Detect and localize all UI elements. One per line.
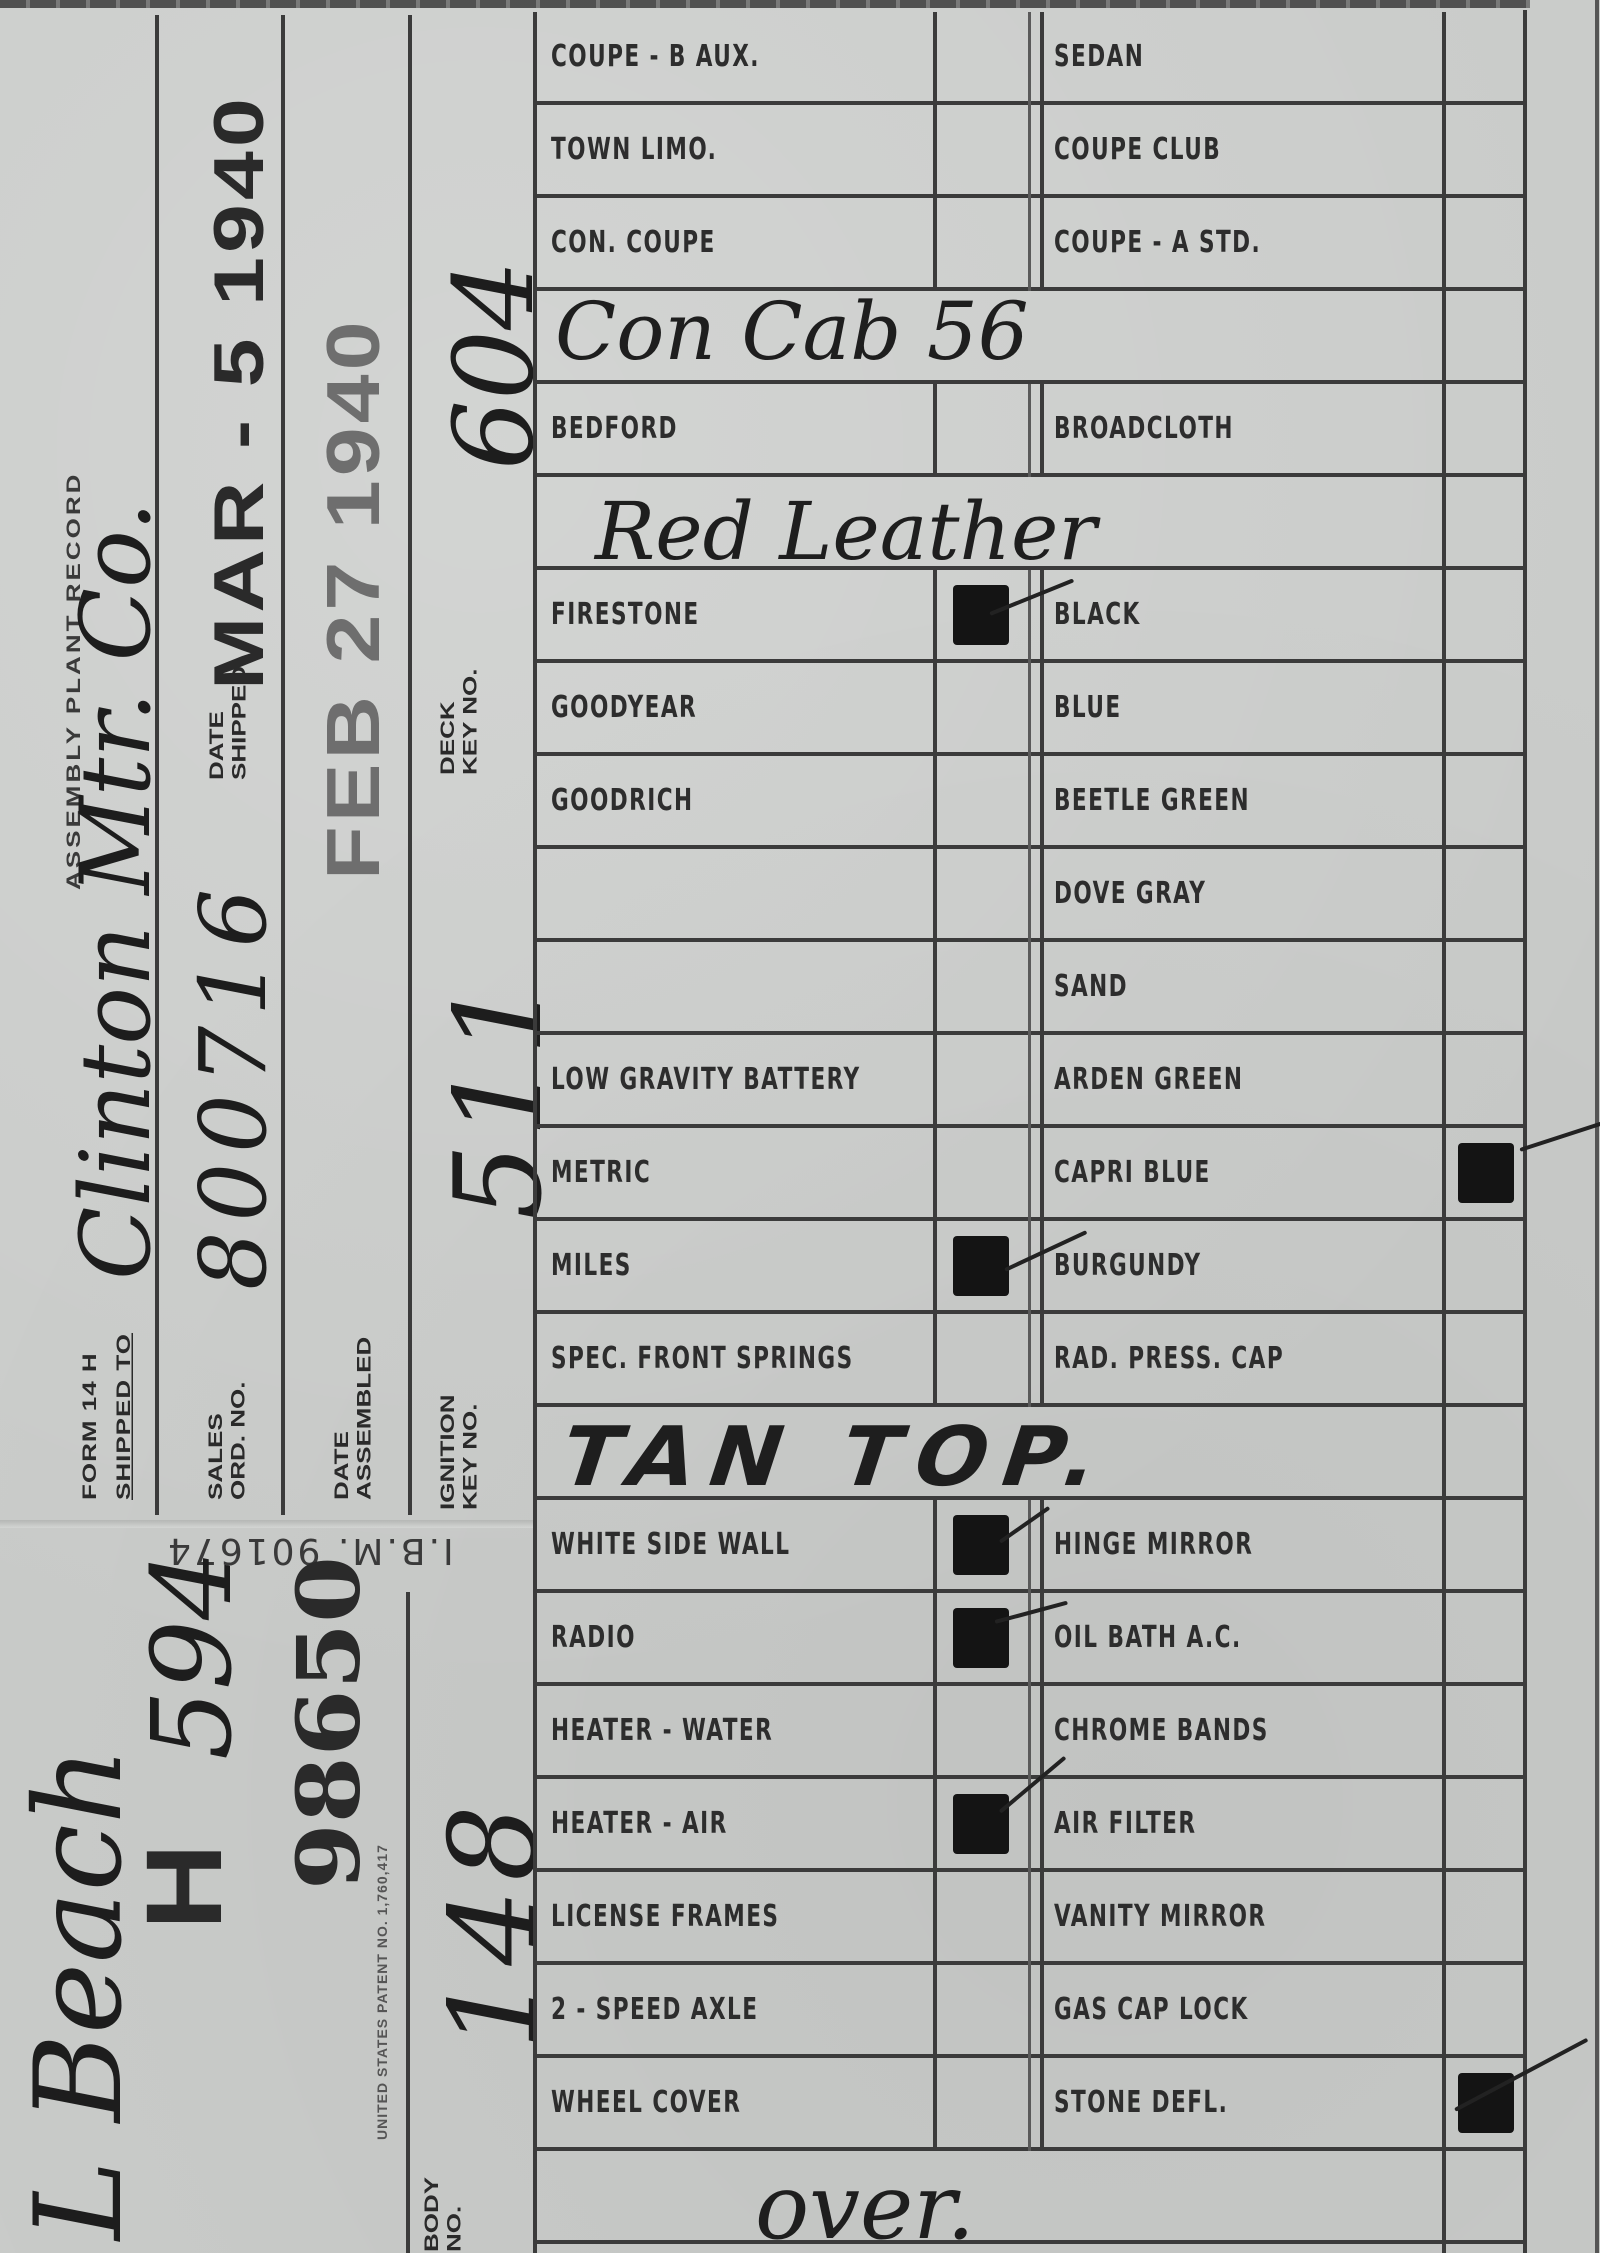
ignition-key-label-line2: KEY NO. <box>459 1394 482 1510</box>
column-rule <box>1028 663 1031 756</box>
option-right[interactable]: VANITY MIRROR <box>1040 1872 1445 1961</box>
date-assembled-value: FEB 27 1940 <box>310 317 397 880</box>
checkbox-right[interactable] <box>1445 12 1527 101</box>
column-rule <box>933 1965 937 2058</box>
option-left-label: WHITE SIDE WALL <box>551 1527 790 1562</box>
option-left-label: MILES <box>551 1248 632 1283</box>
checkbox-left[interactable] <box>933 942 1028 1031</box>
checkbox-left[interactable] <box>933 12 1028 101</box>
table-row: SPEC. FRONT SPRINGSRAD. PRESS. CAP <box>535 1314 1527 1407</box>
option-right[interactable]: COUPE CLUB <box>1040 105 1445 194</box>
option-right[interactable]: BEETLE GREEN <box>1040 756 1445 845</box>
option-left[interactable]: HEATER - WATER <box>535 1686 933 1775</box>
table-row: MILESBURGUNDY <box>535 1221 1527 1314</box>
body-no-label: BODY NO. <box>420 2177 465 2252</box>
option-right[interactable]: STONE DEFL. <box>1040 2058 1445 2147</box>
table-row: HEATER - WATERCHROME BANDS <box>535 1686 1527 1779</box>
table-row: GOODRICHBEETLE GREEN <box>535 756 1527 849</box>
column-rule <box>933 1686 937 1779</box>
column-rule <box>1028 942 1031 1035</box>
checkbox-left[interactable] <box>933 2058 1028 2147</box>
option-left-label: CON. COUPE <box>551 225 716 260</box>
option-left-label: SPEC. FRONT SPRINGS <box>551 1341 854 1376</box>
checkbox-right[interactable] <box>1445 1872 1527 1961</box>
column-rule <box>933 384 937 477</box>
option-right-label: HINGE MIRROR <box>1054 1527 1253 1562</box>
option-left-label: METRIC <box>551 1155 651 1190</box>
option-left[interactable]: SPEC. FRONT SPRINGS <box>535 1314 933 1403</box>
checkbox-right[interactable] <box>1445 1593 1527 1682</box>
table-row: RADIOOIL BATH A.C. <box>535 1593 1527 1686</box>
checkbox-left[interactable] <box>933 384 1028 473</box>
checkbox-right[interactable] <box>1445 849 1527 938</box>
checkbox-left[interactable] <box>933 849 1028 938</box>
date-assembled-label-line1: DATE <box>330 1337 353 1500</box>
checkbox-left[interactable] <box>933 1872 1028 1961</box>
column-rule <box>1040 942 1044 1035</box>
body-no-label-line2: NO. <box>443 2177 466 2252</box>
table-row: FIRESTONEBLACK <box>535 570 1527 663</box>
column-rule <box>408 15 412 1515</box>
table-row: WHEEL COVERSTONE DEFL. <box>535 2058 1527 2151</box>
checkbox-left[interactable] <box>933 1128 1028 1217</box>
column-rule <box>1040 756 1044 849</box>
option-left-label: 2 - SPEED AXLE <box>551 1992 758 2027</box>
column-rule <box>933 1128 937 1221</box>
checkbox-left[interactable] <box>933 1779 1028 1868</box>
table-row: DOVE GRAY <box>535 849 1527 942</box>
option-left[interactable]: COUPE - B AUX. <box>535 12 933 101</box>
option-left[interactable]: BEDFORD <box>535 384 933 473</box>
option-right-label: CHROME BANDS <box>1054 1713 1269 1748</box>
table-row: TOWN LIMO.COUPE CLUB <box>535 105 1527 198</box>
fold-line <box>0 1520 535 1528</box>
column-rule <box>1028 849 1031 942</box>
checkbox-right[interactable] <box>1445 198 1527 287</box>
checkbox-right[interactable] <box>1445 1686 1527 1775</box>
handwritten-text: over. <box>755 2171 975 2245</box>
handwritten-note: Red Leather <box>535 477 1527 566</box>
checkbox-right[interactable] <box>1445 756 1527 845</box>
column-rule <box>933 12 937 105</box>
option-left-label: COUPE - B AUX. <box>551 39 760 74</box>
option-right[interactable]: ARDEN GREEN <box>1040 1035 1445 1124</box>
form-number-label: FORM 14 H <box>78 1352 101 1500</box>
option-right[interactable]: BLUE <box>1040 663 1445 752</box>
column-rule <box>1028 1686 1031 1779</box>
shipped-to-label: SHIPPED TO <box>112 1333 135 1500</box>
option-left[interactable]: METRIC <box>535 1128 933 1217</box>
checkbox-left[interactable] <box>933 1314 1028 1403</box>
option-right-label: BURGUNDY <box>1054 1248 1202 1283</box>
checkbox-right[interactable] <box>1445 1035 1527 1124</box>
option-left-label: BEDFORD <box>551 411 678 446</box>
check-mark-icon <box>953 1236 1009 1296</box>
stub-handwritten-name: L Beach <box>10 1747 149 2240</box>
checkbox-right[interactable] <box>1445 1500 1527 1589</box>
handwritten-text: Con Cab 56 <box>555 295 1029 369</box>
column-rule <box>933 570 937 663</box>
sales-order-label: SALES ORD. NO. <box>204 1382 249 1500</box>
option-left-label: WHEEL COVER <box>551 2085 741 2120</box>
column-rule <box>1028 1221 1031 1314</box>
option-right[interactable]: GAS CAP LOCK <box>1040 1965 1445 2054</box>
option-right-label: BROADCLOTH <box>1054 411 1234 446</box>
column-rule <box>1040 1221 1044 1314</box>
table-row: LICENSE FRAMESVANITY MIRROR <box>535 1872 1527 1965</box>
checkbox-right[interactable] <box>1445 570 1527 659</box>
check-mark-icon <box>1458 1143 1514 1203</box>
checkbox-left[interactable] <box>933 1593 1028 1682</box>
column-rule <box>933 1593 937 1686</box>
table-row: SAND <box>535 942 1527 1035</box>
check-mark-icon <box>953 585 1009 645</box>
checkbox-right[interactable] <box>1445 1965 1527 2054</box>
column-rule <box>1028 1593 1031 1686</box>
option-right[interactable]: RAD. PRESS. CAP <box>1040 1314 1445 1403</box>
column-rule <box>933 2058 937 2151</box>
option-left-label: RADIO <box>551 1620 636 1655</box>
column-rule <box>1028 12 1031 105</box>
column-rule <box>406 1592 410 2253</box>
option-right[interactable]: COUPE - A STD. <box>1040 198 1445 287</box>
checkbox-right[interactable] <box>1445 1221 1527 1310</box>
checkbox-right[interactable] <box>1445 105 1527 194</box>
option-right[interactable]: BLACK <box>1040 570 1445 659</box>
column-rule <box>933 1221 937 1314</box>
option-left[interactable]: FIRESTONE <box>535 570 933 659</box>
option-right-label: RAD. PRESS. CAP <box>1054 1341 1284 1376</box>
column-rule <box>1028 1872 1031 1965</box>
table-row: Red Leather <box>535 477 1527 570</box>
ignition-key-label-line1: IGNITION <box>436 1394 459 1510</box>
check-mark-icon <box>953 1794 1009 1854</box>
body-no-label-line1: BODY <box>420 2177 443 2252</box>
sales-order-label-line1: SALES <box>204 1382 227 1500</box>
checkbox-left[interactable] <box>933 1035 1028 1124</box>
date-shipped-value: MAR - 5 1940 <box>198 94 280 690</box>
checkbox-left[interactable] <box>933 663 1028 752</box>
deck-key-label: DECK KEY NO. <box>436 669 481 775</box>
option-left[interactable]: WHITE SIDE WALL <box>535 1500 933 1589</box>
ignition-key-label: IGNITION KEY NO. <box>436 1394 481 1510</box>
column-rule <box>1028 1500 1031 1593</box>
check-mark-icon <box>953 1608 1009 1668</box>
stub-stamp-letter: H <box>122 1843 246 1930</box>
column-rule <box>933 198 937 291</box>
option-right[interactable]: CAPRI BLUE <box>1040 1128 1445 1217</box>
option-left[interactable] <box>535 849 933 938</box>
checkbox-left[interactable] <box>933 756 1028 845</box>
option-right-label: COUPE CLUB <box>1054 132 1221 167</box>
checkbox-right[interactable] <box>1445 384 1527 473</box>
column-rule <box>1040 1872 1044 1965</box>
option-left-label: HEATER - WATER <box>551 1713 773 1748</box>
stub-stamp-number: 98650 <box>278 1556 380 1890</box>
column-rule <box>1028 2058 1031 2151</box>
column-rule <box>1028 756 1031 849</box>
option-right-label: OIL BATH A.C. <box>1054 1620 1242 1655</box>
date-assembled-label-line2: ASSEMBLED <box>353 1337 376 1500</box>
column-rule <box>933 942 937 1035</box>
column-rule <box>1028 1965 1031 2058</box>
option-left-label: LICENSE FRAMES <box>551 1899 779 1934</box>
shipped-to-value: Clinton Mtr. Co. <box>60 501 172 1280</box>
column-rule <box>1028 570 1031 663</box>
column-rule <box>933 1872 937 1965</box>
option-right-label: BLACK <box>1054 597 1141 632</box>
column-rule <box>1040 2058 1044 2151</box>
table-row: WHITE SIDE WALLHINGE MIRROR <box>535 1500 1527 1593</box>
option-left-label: FIRESTONE <box>551 597 700 632</box>
table-row: TAN TOP. <box>535 1407 1527 1500</box>
column-rule <box>1040 570 1044 663</box>
checkbox-left[interactable] <box>933 198 1028 287</box>
column-rule <box>933 1779 937 1872</box>
handwritten-text: TAN TOP. <box>550 1421 1124 1495</box>
column-rule <box>1028 1035 1031 1128</box>
option-left[interactable]: LOW GRAVITY BATTERY <box>535 1035 933 1124</box>
option-left[interactable]: LICENSE FRAMES <box>535 1872 933 1961</box>
column-rule <box>1028 198 1031 291</box>
column-rule <box>1040 1128 1044 1221</box>
column-rule <box>1040 849 1044 942</box>
option-right[interactable]: BROADCLOTH <box>1040 384 1445 473</box>
option-left-label: HEATER - AIR <box>551 1806 728 1841</box>
column-rule <box>933 1314 937 1407</box>
option-right-label: AIR FILTER <box>1054 1806 1196 1841</box>
column-rule <box>281 15 285 1515</box>
option-left[interactable]: MILES <box>535 1221 933 1310</box>
column-rule <box>1028 384 1031 477</box>
option-left-label: LOW GRAVITY BATTERY <box>551 1062 861 1097</box>
column-rule <box>1040 1686 1044 1779</box>
stub-handwritten-code: 594 <box>128 1550 256 1760</box>
option-right[interactable]: HINGE MIRROR <box>1040 1500 1445 1589</box>
handwritten-text: Red Leather <box>595 495 1097 569</box>
column-rule <box>1040 1035 1044 1128</box>
option-right-label: GAS CAP LOCK <box>1054 1992 1249 2027</box>
top-torn-edge <box>0 0 1530 8</box>
option-right-label: ARDEN GREEN <box>1054 1062 1243 1097</box>
option-right-label: BLUE <box>1054 690 1122 725</box>
handwritten-note: Con Cab 56 <box>535 291 1527 380</box>
column-rule <box>1028 105 1031 198</box>
column-rule <box>1040 1779 1044 1872</box>
option-right[interactable]: OIL BATH A.C. <box>1040 1593 1445 1682</box>
option-left[interactable]: HEATER - AIR <box>535 1779 933 1868</box>
option-right-label: VANITY MIRROR <box>1054 1899 1266 1934</box>
option-left-label: GOODYEAR <box>551 690 697 725</box>
sales-order-value: 800716 <box>180 879 287 1290</box>
table-row: METRICCAPRI BLUE <box>535 1128 1527 1221</box>
option-right[interactable]: BURGUNDY <box>1040 1221 1445 1310</box>
column-rule <box>933 849 937 942</box>
table-row: BEDFORDBROADCLOTH <box>535 384 1527 477</box>
option-left[interactable]: TOWN LIMO. <box>535 105 933 194</box>
column-rule <box>933 663 937 756</box>
option-right-label: DOVE GRAY <box>1054 876 1206 911</box>
table-row: CON. COUPECOUPE - A STD. <box>535 198 1527 291</box>
table-row: HEATER - AIRAIR FILTER <box>535 1779 1527 1872</box>
column-rule <box>1028 1128 1031 1221</box>
checkbox-right[interactable] <box>1445 942 1527 1031</box>
column-rule <box>1040 198 1044 291</box>
option-left-label: GOODRICH <box>551 783 694 818</box>
sales-order-label-line2: ORD. NO. <box>227 1382 250 1500</box>
option-right[interactable]: DOVE GRAY <box>1040 849 1445 938</box>
table-row: 2 - SPEED AXLEGAS CAP LOCK <box>535 1965 1527 2058</box>
option-left-label: TOWN LIMO. <box>551 132 717 167</box>
table-row: GOODYEARBLUE <box>535 663 1527 756</box>
column-rule <box>1040 1965 1044 2058</box>
option-left[interactable]: CON. COUPE <box>535 198 933 287</box>
option-right-label: COUPE - A STD. <box>1054 225 1261 260</box>
checkbox-left[interactable] <box>933 1965 1028 2054</box>
option-right[interactable]: SAND <box>1040 942 1445 1031</box>
option-right-label: BEETLE GREEN <box>1054 783 1250 818</box>
column-rule <box>1040 1314 1044 1407</box>
column-rule <box>933 105 937 198</box>
option-left[interactable]: WHEEL COVER <box>535 2058 933 2147</box>
checkbox-right[interactable] <box>1445 1314 1527 1403</box>
option-left[interactable]: GOODYEAR <box>535 663 933 752</box>
column-rule <box>1028 1779 1031 1872</box>
option-left[interactable]: GOODRICH <box>535 756 933 845</box>
checkbox-right[interactable] <box>1445 1128 1527 1217</box>
column-rule <box>1040 663 1044 756</box>
checkbox-right[interactable] <box>1445 1779 1527 1868</box>
date-assembled-label: DATE ASSEMBLED <box>330 1337 375 1500</box>
patent-text: UNITED STATES PATENT NO. 1,760,417 <box>374 1844 390 2140</box>
option-left[interactable] <box>535 942 933 1031</box>
column-rule <box>1040 12 1044 105</box>
checkbox-left[interactable] <box>933 1500 1028 1589</box>
table-row: LOW GRAVITY BATTERYARDEN GREEN <box>535 1035 1527 1128</box>
table-row: COUPE - B AUX.SEDAN <box>535 12 1527 105</box>
option-right-label: CAPRI BLUE <box>1054 1155 1211 1190</box>
checkbox-left[interactable] <box>933 1686 1028 1775</box>
checkbox-right[interactable] <box>1445 2058 1527 2147</box>
option-right[interactable]: SEDAN <box>1040 12 1445 101</box>
option-right[interactable]: CHROME BANDS <box>1040 1686 1445 1775</box>
option-left[interactable]: RADIO <box>535 1593 933 1682</box>
option-right-label: STONE DEFL. <box>1054 2085 1228 2120</box>
column-rule <box>933 756 937 849</box>
deck-key-label-line2: KEY NO. <box>459 669 482 775</box>
column-rule <box>1040 384 1044 477</box>
option-right-label: SEDAN <box>1054 39 1144 74</box>
table-row: Con Cab 56 <box>535 291 1527 384</box>
option-right[interactable]: AIR FILTER <box>1040 1779 1445 1868</box>
column-rule <box>933 1035 937 1128</box>
checkbox-left[interactable] <box>933 105 1028 194</box>
option-right-label: SAND <box>1054 969 1128 1004</box>
check-mark-icon <box>953 1515 1009 1575</box>
deck-key-label-line1: DECK <box>436 669 459 775</box>
handwritten-note: over. <box>535 2151 1527 2240</box>
options-table: COUPE - B AUX.SEDANTOWN LIMO.COUPE CLUBC… <box>535 12 1527 2244</box>
checkbox-left[interactable] <box>933 570 1028 659</box>
option-left[interactable]: 2 - SPEED AXLE <box>535 1965 933 2054</box>
column-rule <box>1040 105 1044 198</box>
handwritten-note: TAN TOP. <box>535 1407 1527 1496</box>
column-rule <box>933 1500 937 1593</box>
checkbox-right[interactable] <box>1445 663 1527 752</box>
column-rule <box>1028 1314 1031 1407</box>
table-row: over. <box>535 2151 1527 2244</box>
